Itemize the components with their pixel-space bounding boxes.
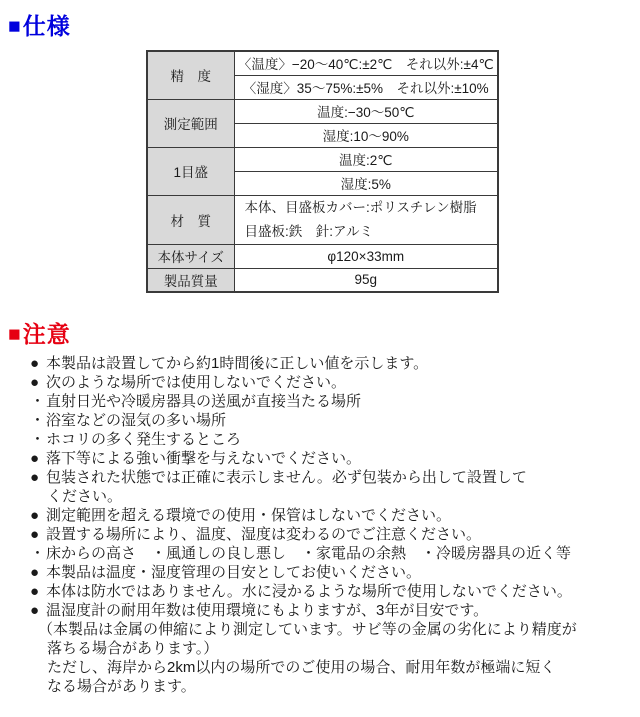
spec-label: 1目盛 [147, 147, 234, 195]
caution-list: ●本製品は設置してから約1時間後に正しい値を示します。●次のような場所では使用し… [30, 354, 634, 696]
caution-line: なる場合があります。 [30, 677, 634, 696]
table-row: 製品質量95g [147, 268, 498, 292]
caution-text: 次のような場所では使用しないでください。 [46, 374, 346, 391]
caution-text: 測定範囲を超える環境での使用・保管はしないでください。 [46, 507, 451, 524]
caution-line: ●本製品は温度・湿度管理の目安としてお使いください。 [30, 563, 634, 582]
spec-section-heading: ■仕様 [8, 8, 71, 41]
disc-bullet-icon: ● [30, 373, 46, 392]
table-row: 1目盛温度:2℃ [147, 147, 498, 171]
disc-bullet-icon: ● [30, 601, 46, 620]
caution-line: ・床からの高さ ・風通しの良し悪し ・家電品の余熱 ・冷暖房器具の近く等 [30, 544, 634, 563]
caution-line: ただし、海岸から2km以内の場所でのご使用の場合、耐用年数が極端に短く [30, 658, 634, 677]
spec-value-line: 目盛板:鉄 針:アルミ [245, 220, 495, 244]
caution-line: ●温湿度計の耐用年数は使用環境にもよりますが、3年が目安です。 [30, 601, 634, 620]
spec-value: φ120×33mm [234, 244, 498, 268]
caution-text: 本製品は温度・湿度管理の目安としてお使いください。 [46, 564, 421, 581]
spec-label: 測定範囲 [147, 99, 234, 147]
disc-bullet-icon: ● [30, 582, 46, 601]
dot-bullet-icon: ・ [30, 411, 46, 430]
spec-value: 湿度:5% [234, 171, 498, 195]
spec-value: 95g [234, 268, 498, 292]
spec-value: 温度:2℃ [234, 147, 498, 171]
caution-text: 本製品は設置してから約1時間後に正しい値を示します。 [46, 355, 428, 372]
caution-text: 温湿度計の耐用年数は使用環境にもよりますが、3年が目安です。 [46, 602, 488, 619]
disc-bullet-icon: ● [30, 525, 46, 544]
caution-line: ・ホコリの多く発生するところ [30, 430, 634, 449]
spec-label: 本体サイズ [147, 244, 234, 268]
caution-line: ください。 [30, 487, 634, 506]
caution-line: ●本製品は設置してから約1時間後に正しい値を示します。 [30, 354, 634, 373]
disc-bullet-icon: ● [30, 563, 46, 582]
caution-line: ・直射日光や冷暖房器具の送風が直接当たる場所 [30, 392, 634, 411]
caution-text: 床からの高さ ・風通しの良し悪し ・家電品の余熱 ・冷暖房器具の近く等 [46, 545, 571, 562]
red-square-icon: ■ [8, 323, 22, 346]
spec-heading-label: 仕様 [23, 13, 71, 39]
spec-label: 製品質量 [147, 268, 234, 292]
table-row: 測定範囲温度:−30〜50℃ [147, 99, 498, 123]
spec-value: 本体、目盛板カバー:ポリスチレン樹脂目盛板:鉄 針:アルミ [234, 195, 498, 244]
dot-bullet-icon: ・ [30, 392, 46, 411]
caution-text: 設置する場所により、温度、湿度は変わるのでご注意ください。 [46, 526, 481, 543]
spec-value: 〈湿度〉35〜75%:±5% それ以外:±10% [234, 75, 498, 99]
dot-bullet-icon: ・ [30, 544, 46, 563]
caution-line: ●包装された状態では正確に表示しません。必ず包装から出して設置して [30, 468, 634, 487]
caution-text: 本体は防水ではありません。水に浸かるような場所で使用しないでください。 [46, 583, 572, 600]
caution-line: ●測定範囲を超える環境での使用・保管はしないでください。 [30, 506, 634, 525]
blue-square-icon: ■ [8, 15, 22, 38]
caution-text: ただし、海岸から2km以内の場所でのご使用の場合、耐用年数が極端に短く [47, 659, 555, 676]
spec-value: 温度:−30〜50℃ [234, 99, 498, 123]
table-row: 本体サイズφ120×33mm [147, 244, 498, 268]
disc-bullet-icon: ● [30, 449, 46, 468]
disc-bullet-icon: ● [30, 506, 46, 525]
spec-label: 精 度 [147, 51, 234, 99]
caution-text: 落下等による強い衝撃を与えないでください。 [46, 450, 361, 467]
caution-line: ●本体は防水ではありません。水に浸かるような場所で使用しないでください。 [30, 582, 634, 601]
spec-value: 〈温度〉−20〜40℃:±2℃ それ以外:±4℃ [234, 51, 498, 75]
table-row: 精 度〈温度〉−20〜40℃:±2℃ それ以外:±4℃ [147, 51, 498, 75]
caution-heading-label: 注意 [23, 321, 71, 347]
spec-sheet-page: ■仕様 精 度〈温度〉−20〜40℃:±2℃ それ以外:±4℃〈湿度〉35〜75… [0, 0, 640, 717]
spec-value: 湿度:10〜90% [234, 123, 498, 147]
caution-text: （本製品は金属の伸縮により測定しています。サビ等の金属の劣化により精度が [38, 621, 577, 638]
caution-line: ●次のような場所では使用しないでください。 [30, 373, 634, 392]
caution-line: ・浴室などの湿気の多い場所 [30, 411, 634, 430]
caution-line: （本製品は金属の伸縮により測定しています。サビ等の金属の劣化により精度が [30, 620, 634, 639]
dot-bullet-icon: ・ [30, 430, 46, 449]
table-row: 材 質本体、目盛板カバー:ポリスチレン樹脂目盛板:鉄 針:アルミ [147, 195, 498, 244]
caution-text: 直射日光や冷暖房器具の送風が直接当たる場所 [46, 393, 361, 410]
caution-text: ホコリの多く発生するところ [46, 431, 241, 448]
caution-text: 包装された状態では正確に表示しません。必ず包装から出して設置して [46, 469, 527, 486]
caution-text: なる場合があります。 [47, 678, 196, 695]
spec-value-line: 本体、目盛板カバー:ポリスチレン樹脂 [245, 196, 495, 220]
caution-section-heading: ■注意 [8, 316, 71, 349]
spec-label: 材 質 [147, 195, 234, 244]
disc-bullet-icon: ● [30, 354, 46, 373]
caution-line: 落ちる場合があります。） [30, 639, 634, 658]
caution-text: 落ちる場合があります。） [47, 640, 218, 657]
caution-line: ●落下等による強い衝撃を与えないでください。 [30, 449, 634, 468]
spec-table: 精 度〈温度〉−20〜40℃:±2℃ それ以外:±4℃〈湿度〉35〜75%:±5… [146, 50, 499, 293]
caution-text: ください。 [47, 488, 122, 505]
disc-bullet-icon: ● [30, 468, 46, 487]
caution-line: ●設置する場所により、温度、湿度は変わるのでご注意ください。 [30, 525, 634, 544]
caution-text: 浴室などの湿気の多い場所 [46, 412, 226, 429]
